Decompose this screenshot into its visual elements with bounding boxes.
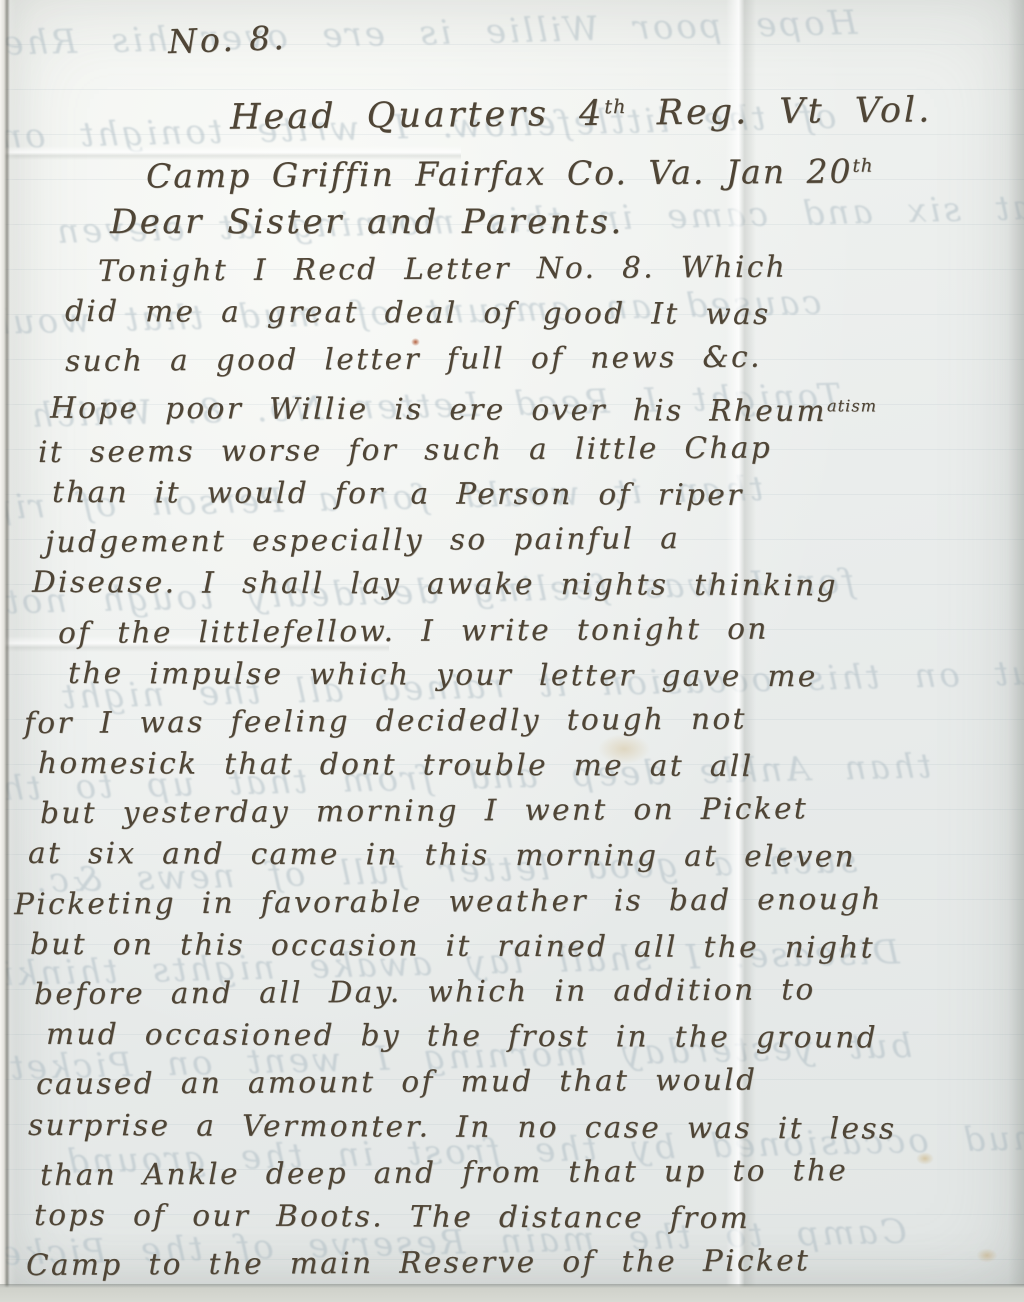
- letter-line-text: for I was feeling decidedly tough not: [24, 702, 747, 740]
- handwriting-layer: No. 8. Head Quarters 4th Reg. Vt Vol. Ca…: [0, 0, 1024, 1302]
- letter-line: than it would for a Person of riper: [52, 470, 1024, 519]
- paper: Hope poor Willie is ere over his Rheumof…: [0, 0, 1024, 1302]
- letter-line: did me a great deal of good It was: [65, 289, 1024, 338]
- letter-dateline: Camp Griffin Fairfax Co. Va. Jan 20th: [146, 151, 874, 195]
- letter-line: surprise a Vermonter. In no case was it …: [28, 1102, 1024, 1152]
- letter-line: Disease. I shall lay awake nights thinki…: [32, 560, 1024, 610]
- letter-line-text: surprise a Vermonter. In no case was it …: [28, 1107, 897, 1145]
- letter-line-text: such a good letter full of news &c.: [65, 340, 762, 378]
- letter-line-text: mud occasioned by the frost in the groun…: [46, 1017, 878, 1055]
- letter-line: it seems worse for such a little Chap: [38, 424, 1024, 475]
- letter-line-text: homesick that dont trouble me at all: [38, 746, 754, 783]
- letter-line-text: than Ankle deep and from that up to the: [40, 1153, 848, 1192]
- letter-line-text: caused an amount of mud that would: [36, 1063, 758, 1101]
- letter-line-text: of the littlefellow. I write tonight on: [58, 611, 769, 649]
- heading-text: Head Quarters 4: [230, 94, 605, 138]
- letter-line: mud occasioned by the frost in the groun…: [46, 1012, 1024, 1061]
- heading-text: Reg. Vt Vol.: [626, 90, 932, 133]
- page-edge-left: [0, 0, 16, 1302]
- letter-line: but on this occasion it rained all the n…: [30, 922, 1024, 972]
- letter-line-text: judgement especially so painful a: [45, 521, 680, 559]
- superscript: th: [852, 156, 873, 177]
- letter-line: Picketing in favorable weather is bad en…: [14, 876, 1024, 927]
- letter-line: for I was feeling decidedly tough not: [24, 695, 1024, 746]
- letter-line-text: Hope poor Willie is ere over his Rheum: [50, 390, 827, 427]
- letter-line-text: did me a great deal of good It was: [65, 294, 771, 331]
- letter-line-text: at six and came in this morning at eleve…: [28, 836, 856, 874]
- letter-line-text: tops of our Boots. The distance from: [34, 1198, 750, 1235]
- letter-line-text: before and all Day. which in addition to: [34, 972, 816, 1011]
- letter-line: at six and came in this morning at eleve…: [28, 831, 1024, 881]
- page-edge-right: [1008, 0, 1024, 1302]
- letter-line: judgement especially so painful a: [45, 514, 1024, 565]
- dateline-text: Camp Griffin Fairfax Co. Va. Jan 20: [146, 152, 853, 196]
- letter-line: tops of our Boots. The distance from: [34, 1193, 1024, 1243]
- letter-salutation: Dear Sister and Parents.: [110, 202, 624, 242]
- letter-line-text: Disease. I shall lay awake nights thinki…: [32, 565, 838, 603]
- letter-line: before and all Day. which in addition to: [34, 966, 1024, 1017]
- letter-line: but yesterday morning I went on Picket: [40, 785, 1024, 836]
- letter-line-text: than it would for a Person of riper: [52, 475, 744, 512]
- letter-line: of the littlefellow. I write tonight on: [58, 605, 1024, 656]
- letter-line: than Ankle deep and from that up to the: [40, 1147, 1024, 1198]
- letter-line: the impulse which your letter gave me: [68, 651, 1024, 700]
- superscript: atism: [827, 396, 877, 415]
- letter-heading: Head Quarters 4th Reg. Vt Vol.: [230, 90, 933, 137]
- letter-line-text: but on this occasion it rained all the n…: [30, 927, 875, 965]
- superscript: th: [604, 95, 626, 118]
- letter-line-text: the impulse which your letter gave me: [68, 656, 818, 693]
- letter-line-text: Tonight I Recd Letter No. 8. Which: [98, 250, 787, 288]
- letter-number: No. 8.: [167, 18, 287, 61]
- letter-line: homesick that dont trouble me at all: [38, 741, 1024, 790]
- letter-line-text: Camp to the main Reserve of the Picket: [26, 1243, 810, 1282]
- letter-line: Hope poor Willie is ere over his Rheumat…: [50, 379, 1024, 428]
- letter-scan-page: Hope poor Willie is ere over his Rheumof…: [0, 0, 1024, 1302]
- letter-line: Camp to the main Reserve of the Picket: [26, 1237, 1024, 1288]
- page-edge-bottom: [0, 1284, 1024, 1302]
- letter-line-text: but yesterday morning I went on Picket: [40, 792, 808, 831]
- letter-line: caused an amount of mud that would: [36, 1056, 1024, 1107]
- letter-line: such a good letter full of news &c.: [65, 333, 1024, 384]
- letter-line: Tonight I Recd Letter No. 8. Which: [98, 243, 1024, 294]
- letter-line-text: it seems worse for such a little Chap: [38, 430, 772, 468]
- letter-body: Tonight I Recd Letter No. 8. Whichdid me…: [10, 246, 1024, 1285]
- letter-line-text: Picketing in favorable weather is bad en…: [14, 881, 883, 920]
